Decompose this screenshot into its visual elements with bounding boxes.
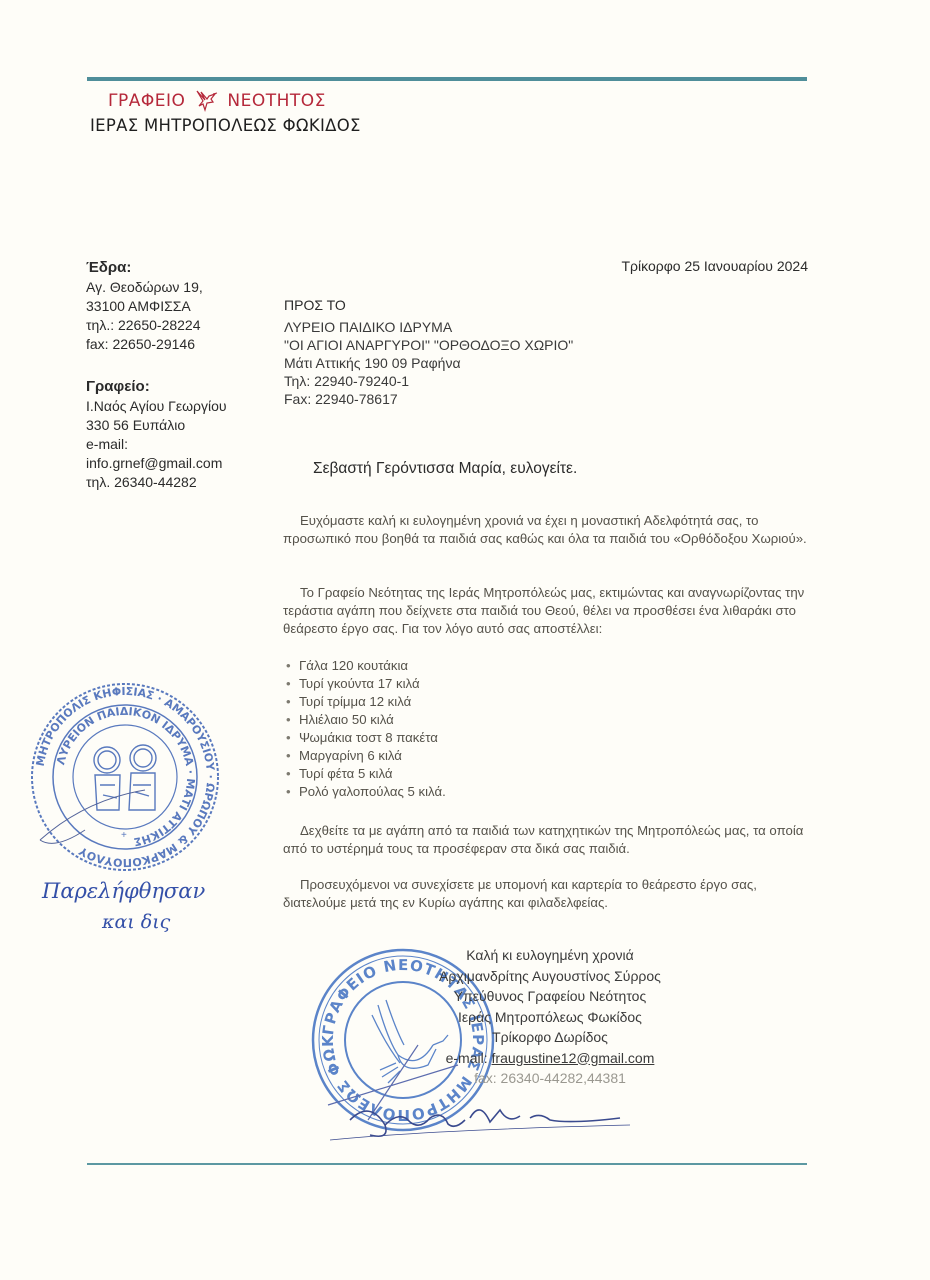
- office-email-label: e-mail:: [86, 435, 227, 454]
- letter-date: Τρίκορφο 25 Ιανουαρίου 2024: [622, 258, 809, 274]
- paragraph-text: Ευχόμαστε καλή κι ευλογημένη χρονιά να έ…: [283, 512, 813, 548]
- signer-role: Υπεύθυνος Γραφείου Νεότητος: [420, 986, 680, 1007]
- list-item: Τυρί φέτα 5 κιλά: [286, 765, 446, 783]
- institution-stamp: ΜΗΤΡΟΠΟΛΙΣ ΚΗΦΙΣΙΑΣ · ΑΜΑΡΟΥΣΙΟΥ · ΩΡΩΠΟ…: [25, 680, 225, 875]
- signature-block: Καλή κι ευλογημένη χρονιά Αρχιμανδρίτης …: [420, 945, 680, 1089]
- office-line: 330 56 Ευπάλιο: [86, 416, 227, 435]
- paragraph-2: Το Γραφείο Νεότητας της Ιεράς Μητροπόλεώ…: [283, 584, 813, 638]
- letterhead-title-left: ΓΡΑΦΕΙΟ: [108, 91, 185, 111]
- signer-place: Τρίκορφο Δωρίδος: [420, 1027, 680, 1048]
- dove-icon: [193, 88, 219, 114]
- recipient-line: Fax: 22940-78617: [284, 390, 573, 408]
- sender-info: Έδρα: Αγ. Θεοδώρων 19, 33100 ΑΜΦΙΣΣΑ τηλ…: [86, 258, 227, 492]
- paragraph-3: Δεχθείτε τα με αγάπη από τα παιδιά των κ…: [283, 822, 813, 858]
- paragraph-text: Προσευχόμενοι να συνεχίσετε με υπομονή κ…: [283, 876, 813, 912]
- handwritten-signature: [330, 1080, 630, 1150]
- list-item: Ρολό γαλοπούλας 5 κιλά.: [286, 783, 446, 801]
- office-heading: Γραφείο:: [86, 377, 227, 396]
- list-item: Γάλα 120 κουτάκια: [286, 657, 446, 675]
- list-item: Τυρί γκούντα 17 κιλά: [286, 675, 446, 693]
- signer-org: Ιεράς Μητροπόλεως Φωκίδος: [420, 1007, 680, 1028]
- email-label: e-mail:: [446, 1050, 492, 1066]
- seat-phone: τηλ.: 22650-28224: [86, 316, 227, 335]
- recipient-line: "ΟΙ ΑΓΙΟΙ ΑΝΑΡΓΥΡΟΙ" "ΟΡΘΟΔΟΞΟ ΧΩΡΙΟ": [284, 336, 573, 354]
- top-rule: [87, 77, 807, 81]
- bottom-rule: [87, 1163, 807, 1165]
- office-email: info.grnef@gmail.com: [86, 454, 227, 473]
- list-item: Τυρί τρίμμα 12 κιλά: [286, 693, 446, 711]
- paragraph-text: Δεχθείτε τα με αγάπη από τα παιδιά των κ…: [283, 822, 813, 858]
- list-item: Ηλιέλαιο 50 κιλά: [286, 711, 446, 729]
- letterhead-subtitle: ΙΕΡΑΣ ΜΗΤΡΟΠΟΛΕΩΣ ΦΩΚΙΔΟΣ: [90, 116, 361, 135]
- letterhead-logo: ΓΡΑΦΕΙΟ ΝΕΟΤΗΤΟΣ ΙΕΡΑΣ ΜΗΤΡΟΠΟΛΕΩΣ ΦΩΚΙΔ…: [90, 88, 361, 135]
- paragraph-4: Προσευχόμενοι να συνεχίσετε με υπομονή κ…: [283, 876, 813, 912]
- recipient-address: ΠΡΟΣ ΤΟ ΛΥΡΕΙΟ ΠΑΙΔΙΚΟ ΙΔΡΥΜΑ "ΟΙ ΑΓΙΟΙ …: [284, 296, 573, 408]
- signer-name: Αρχιμανδρίτης Αυγουστίνος Σύρρος: [420, 966, 680, 987]
- recipient-line: Τηλ: 22940-79240-1: [284, 372, 573, 390]
- list-item: Ψωμάκια τοστ 8 πακέτα: [286, 729, 446, 747]
- donation-list: Γάλα 120 κουτάκια Τυρί γκούντα 17 κιλά Τ…: [286, 657, 446, 801]
- seat-fax: fax: 22650-29146: [86, 335, 227, 354]
- recipient-line: ΛΥΡΕΙΟ ΠΑΙΔΙΚΟ ΙΔΡΥΜΑ: [284, 318, 573, 336]
- office-line: Ι.Ναός Αγίου Γεωργίου: [86, 397, 227, 416]
- letterhead-title-right: ΝΕΟΤΗΤΟΣ: [227, 91, 326, 111]
- office-phone: τηλ. 26340-44282: [86, 473, 227, 492]
- svg-text:και δις: και δις: [101, 911, 171, 933]
- signer-email-link[interactable]: fraugustine12@gmail.com: [492, 1050, 655, 1066]
- seat-line: 33100 ΑΜΦΙΣΣΑ: [86, 297, 227, 316]
- seat-line: Αγ. Θεοδώρων 19,: [86, 278, 227, 297]
- paragraph-1: Ευχόμαστε καλή κι ευλογημένη χρονιά να έ…: [283, 512, 813, 548]
- recipient-line: ΠΡΟΣ ΤΟ: [284, 296, 573, 314]
- handwritten-note: Παρελήφθησαν και δις: [40, 870, 230, 940]
- recipient-line: Μάτι Αττικής 190 09 Ραφήνα: [284, 354, 573, 372]
- paragraph-text: Το Γραφείο Νεότητας της Ιεράς Μητροπόλεώ…: [283, 584, 813, 638]
- list-item: Μαργαρίνη 6 κιλά: [286, 747, 446, 765]
- signer-email-line: e-mail: fraugustine12@gmail.com: [420, 1048, 680, 1069]
- svg-text:+: +: [121, 830, 127, 841]
- salutation: Σεβαστή Γερόντισσα Μαρία, ευλογείτε.: [313, 460, 577, 478]
- closing-greeting: Καλή κι ευλογημένη χρονιά: [420, 945, 680, 966]
- seat-heading: Έδρα:: [86, 258, 227, 277]
- svg-text:ΛΥΡΕΙΟΝ ΠΑΙΔΙΚΟΝ ΙΔΡΥΜΑ · ΜΑΤΙ: ΛΥΡΕΙΟΝ ΠΑΙΔΙΚΟΝ ΙΔΡΥΜΑ · ΜΑΤΙ ΑΤΤΙΚΗΣ: [54, 705, 197, 848]
- svg-text:Παρελήφθησαν: Παρελήφθησαν: [41, 879, 205, 903]
